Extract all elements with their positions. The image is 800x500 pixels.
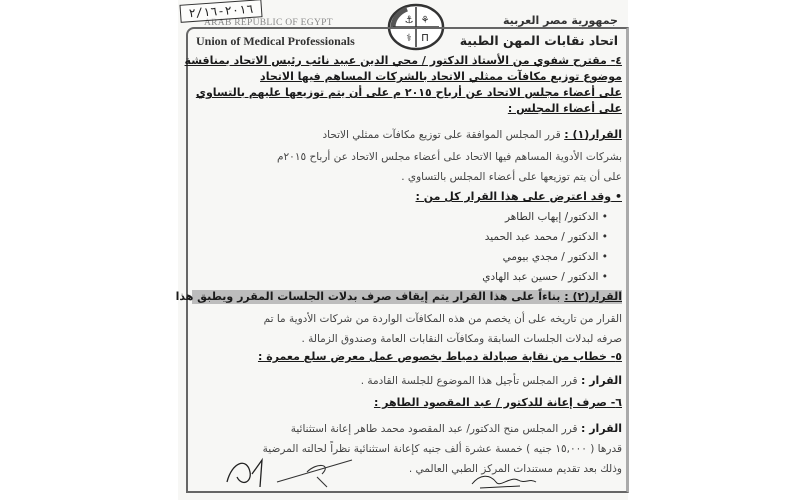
- item5-decision: القرار : قرر المجلس تأجيل هذا الموضوع لل…: [361, 374, 622, 388]
- header-country-ar: جمهورية مصر العربية: [503, 14, 618, 27]
- decision1-line-2: بشركات الأدوية المساهم فيها الاتحاد على …: [277, 150, 622, 164]
- decision1-line-3: على أن يتم توزيعها على أعضاء المجلس بالت…: [401, 170, 622, 184]
- objector-2: • الدكتور / محمد عبد الحميد: [485, 230, 608, 244]
- item6-decision-line-1: القرار : قرر المجلس منح الدكتور/ عبد الم…: [291, 422, 622, 436]
- item4-line-4: على أعضاء المجلس :: [508, 102, 622, 116]
- objector-1: • الدكتور/ إيهاب الطاهر: [505, 210, 608, 224]
- svg-text:⚘: ⚘: [421, 15, 430, 26]
- objection-heading: • وقد اعترض على هذا القرار كل من :: [416, 190, 622, 204]
- decision2-line-1: القرار(٢) : بناءاً على هذا القرار يتم إي…: [176, 290, 622, 304]
- signature-left: [222, 452, 372, 496]
- signature-right: [470, 470, 540, 496]
- item5-heading: ٥- خطاب من نقابة صيادلة دمياط بخصوص عمل …: [258, 350, 622, 364]
- objector-3: • الدكتور / مجدي بيومي: [503, 250, 608, 264]
- decision1-line-1: القرار(١) : قرر المجلس الموافقة على توزي…: [322, 128, 622, 142]
- decision2-line-2: القرار من تاريخه على أن يخصم من هذه المك…: [264, 312, 622, 326]
- decision1-label: القرار(١) :: [564, 128, 622, 141]
- item6-heading: ٦- صرف إعانة للدكتور / عبد المقصود الطاه…: [374, 396, 622, 410]
- decision2-line-3: صرفه لبدلات الجلسات السابقة ومكافآت النق…: [301, 332, 622, 346]
- item4-line-1: ٤- مقترح شفوي من الأستاذ الدكتور / محي ا…: [185, 54, 622, 68]
- item4-line-3: على أعضاء مجلس الاتحاد عن أرباح ٢٠١٥ م ع…: [196, 86, 622, 100]
- objector-4: • الدكتور / حسين عبد الهادي: [482, 270, 608, 284]
- item4-line-2: موضوع توزيع مكافآت ممثلي الاتحاد بالشركا…: [260, 70, 622, 84]
- svg-text:⚓: ⚓: [405, 15, 414, 26]
